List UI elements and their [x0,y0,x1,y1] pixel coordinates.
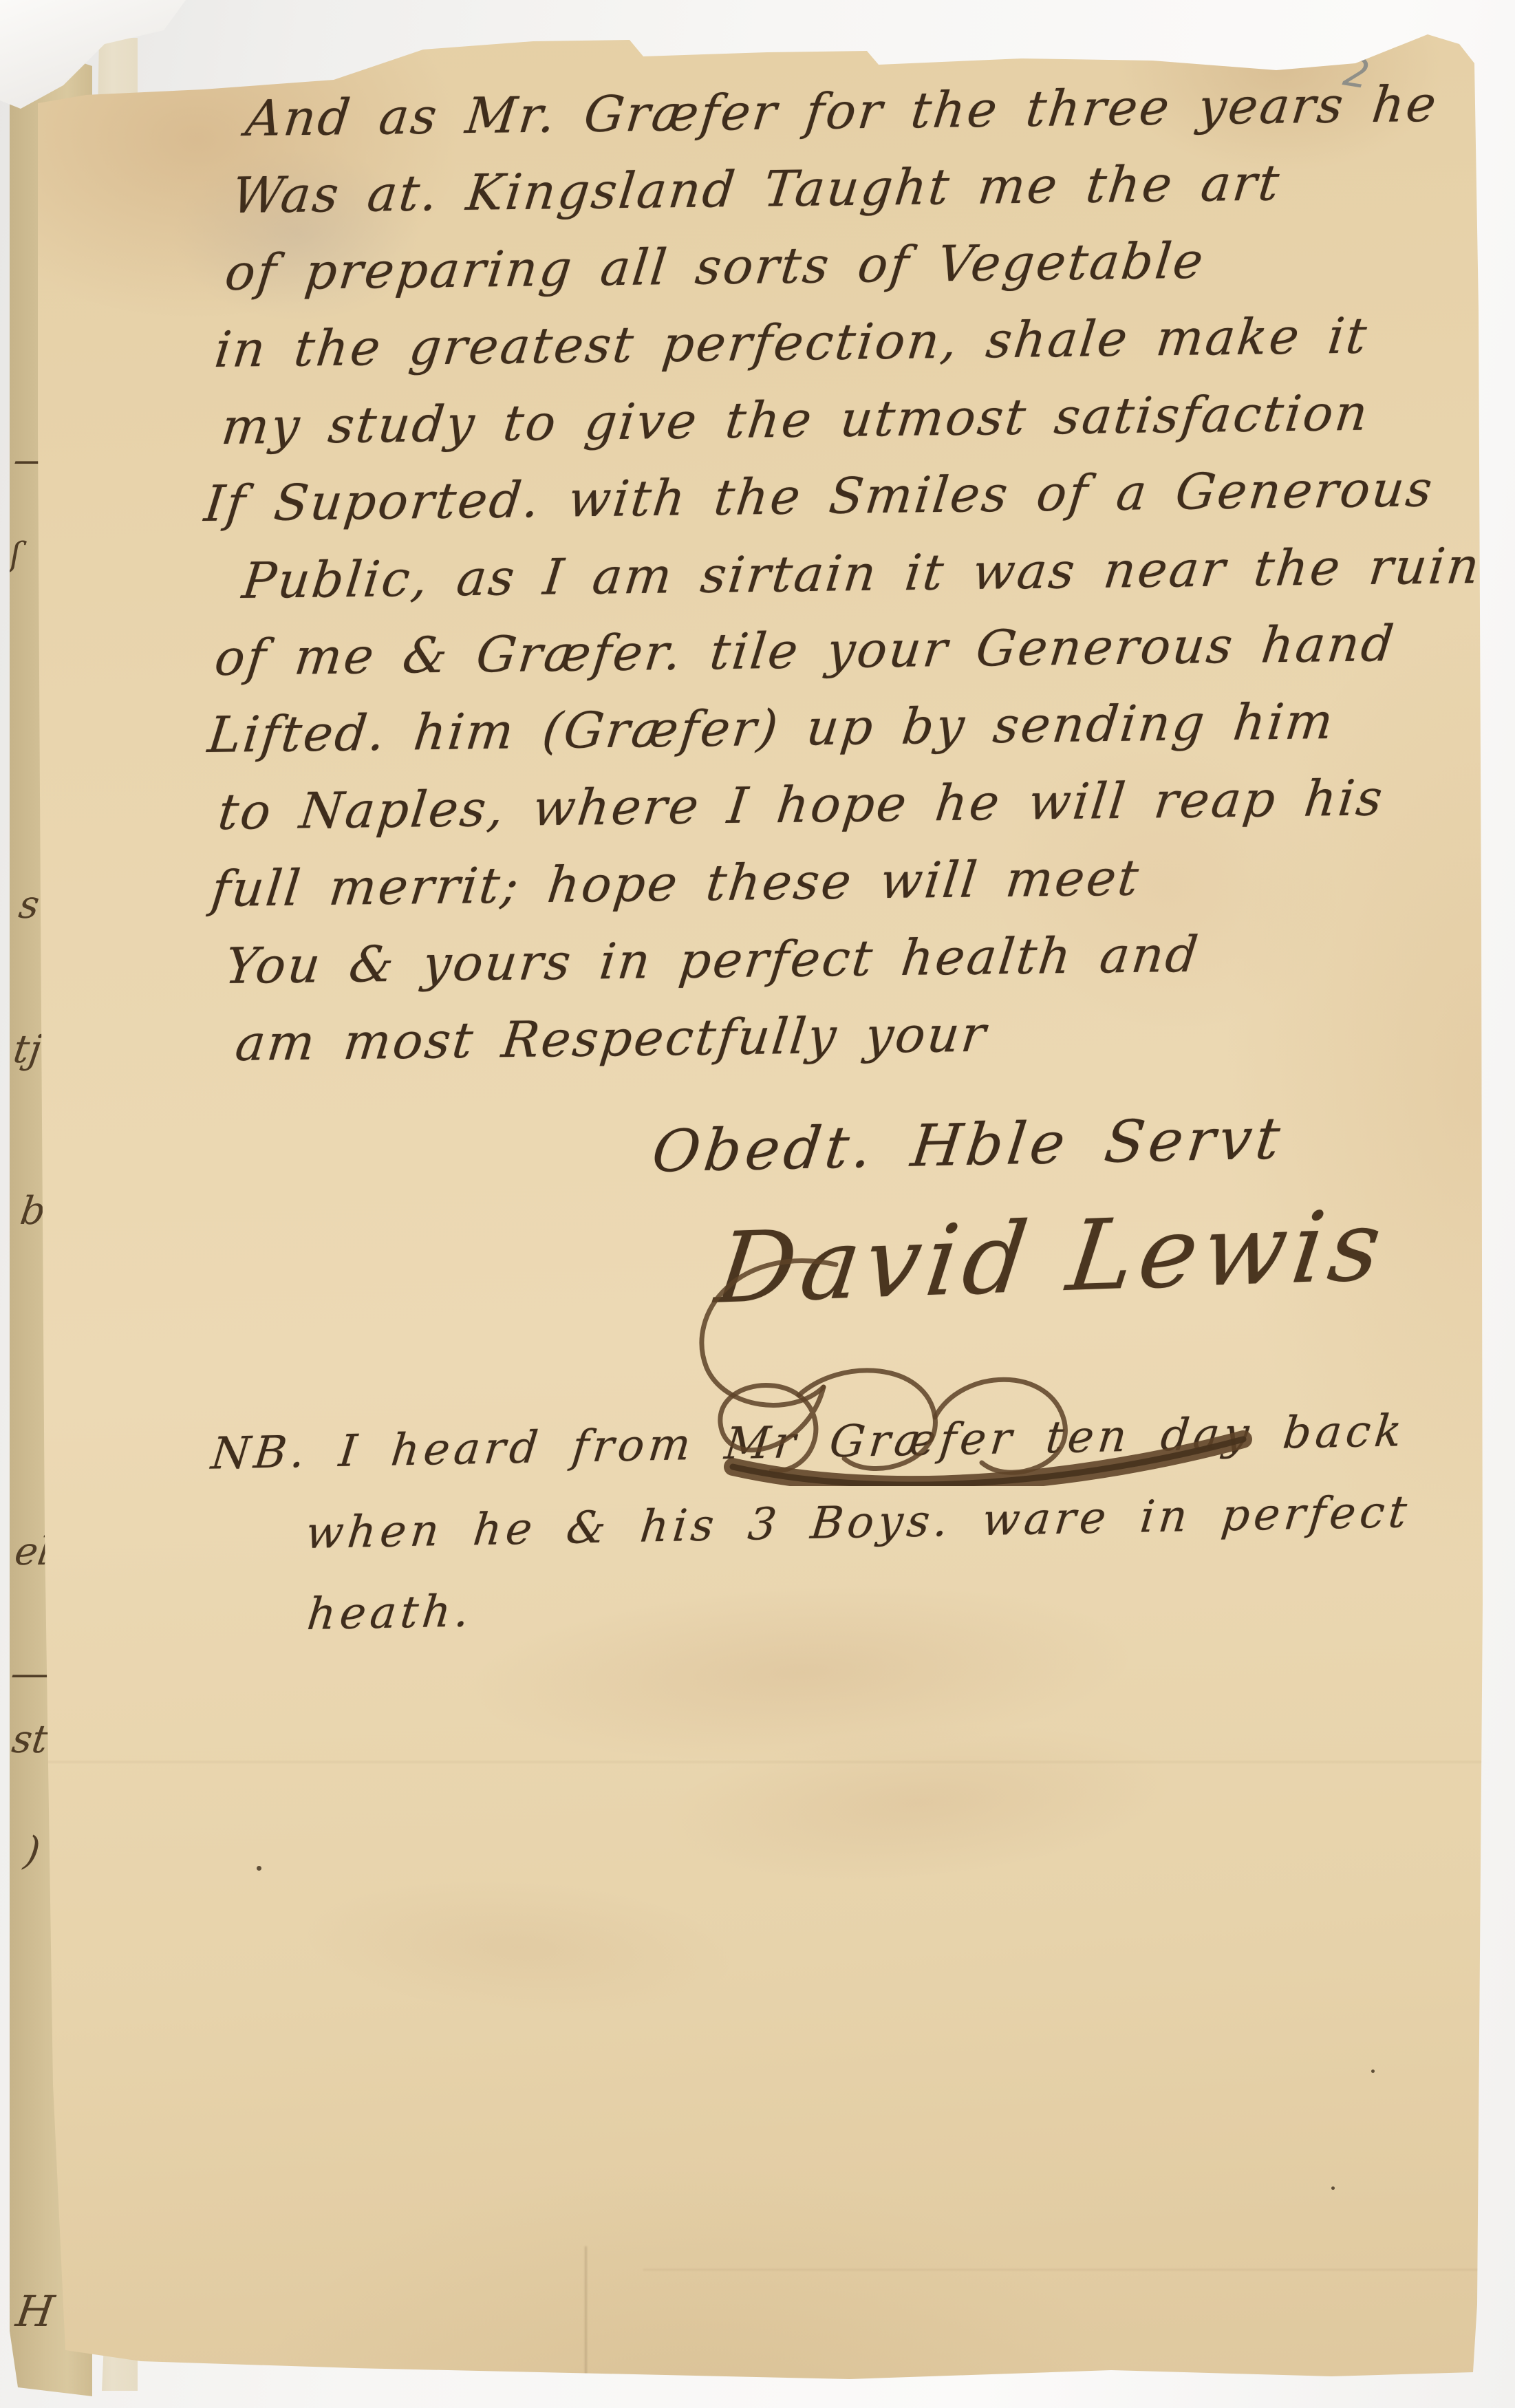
ink-fragment: st [9,1717,50,1762]
letter-line: to Naples, where I hope he will reap his [213,768,1484,860]
letter-line: Lifted. him (Græfer) up by sending him [203,690,1484,783]
letter-line: And as Mr. Græfer for the three years he [241,74,1484,166]
ink-speck [1331,2186,1335,2190]
fold-crease [585,2246,587,2394]
letter-line: am most Respectfully your [230,999,1484,1091]
signature-flourish [630,1252,1359,1486]
ink-speck [1371,2070,1375,2073]
letter-body: And as Mr. Græfer for the three years he… [210,89,1474,1091]
letter-line: of preparing all sorts of Vegetable [220,228,1484,321]
letter-line: If Suported. with the Smiles of a Genero… [200,459,1484,552]
manuscript-scan: — ʃ s tj b el — st ) H 2 And as Mr. Græf… [0,0,1515,2408]
ink-showthrough [652,1704,1185,1900]
ink-fragment: tj [10,1027,44,1072]
ink-fragment: s [16,883,42,927]
ink-fragment: — [8,1651,52,1696]
fold-crease [38,1761,1483,1763]
ink-showthrough [295,1863,744,2031]
fold-crease [643,2269,1483,2270]
letter-page: 2 And as Mr. Græfer for the three years … [38,21,1483,2394]
ink-fragment: ʃ [8,535,23,574]
letter-line: in the greatest perfection, shale make i… [210,305,1484,398]
letter-line: Was at. Kingsland Taught me the art [227,151,1484,244]
ink-fragment: H [13,2286,57,2336]
ink-speck [257,1866,261,1871]
closing-line: Obedt. Hble Servt [649,1104,1287,1185]
letter-line: You & yours in perfect health and [220,922,1484,1014]
ink-fragment: ) [21,1829,43,1873]
letter-line: full merrit; hope these will meet [206,845,1484,937]
